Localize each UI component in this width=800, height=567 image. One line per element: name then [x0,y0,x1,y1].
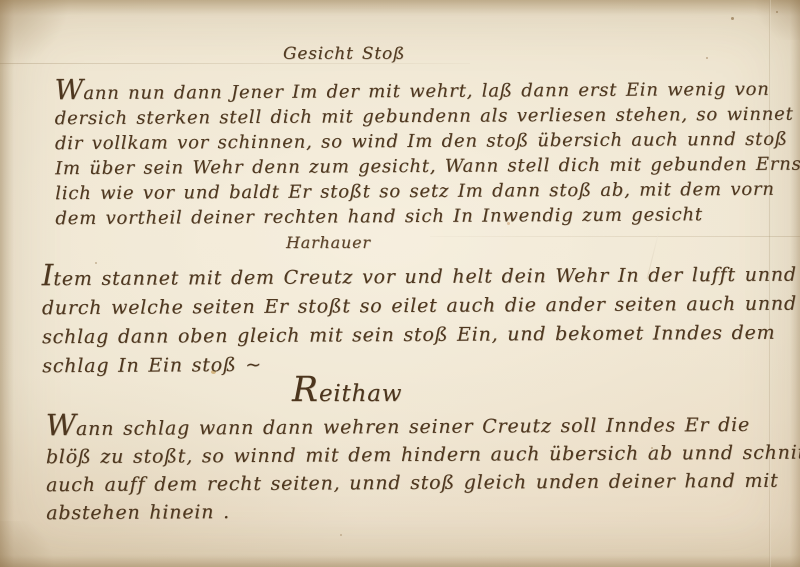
paper-edge-top [0,0,800,16]
manuscript-page: Gesicht Stoß Wann nun dann Jener Im der … [0,0,800,567]
paper-corner-shadow [754,0,800,40]
subheading-harhauer: Harhauer [286,233,371,252]
text-line: abstehen hinein . [46,495,776,527]
fox-spot [706,57,708,59]
section-heading-gesicht-stoss: Gesicht Stoß [283,44,405,64]
paper-corner-shadow [0,521,56,567]
paragraph-gesicht-stoss: Wann nun dann Jener Im der mit wehrt, la… [55,77,776,231]
fox-spot [776,11,778,13]
section-heading-reithaw: Reithaw [292,370,402,410]
text-line: Item stannet mit dem Creutz vor und helt… [42,261,772,294]
fox-spot [95,262,97,264]
text-line: schlag In Ein stoß ~ [42,348,772,381]
text-line: schlag dann oben gleich mit sein stoß Ei… [42,319,772,352]
text-line: durch welche seiten Er stoßt so eilet au… [42,290,772,323]
fox-spot [731,17,734,20]
text-line: auch auff dem recht seiten, unnd stoß gl… [46,467,776,499]
paper-corner-shadow [0,0,70,70]
text-line: blöß zu stoßt, so winnd mit dem hindern … [46,439,776,471]
paragraph-harhauer: Item stannet mit dem Creutz vor und helt… [42,261,773,381]
paper-edge-left [0,0,14,567]
text-line: dem vortheil deiner rechten hand sich In… [55,202,775,231]
text-line: Wann schlag wann dann wehren seiner Creu… [46,411,776,443]
faint-rule-line [430,236,800,237]
paragraph-reithaw: Wann schlag wann dann wehren seiner Creu… [46,411,777,527]
paper-edge-bottom [0,555,800,567]
fox-spot [340,534,342,536]
